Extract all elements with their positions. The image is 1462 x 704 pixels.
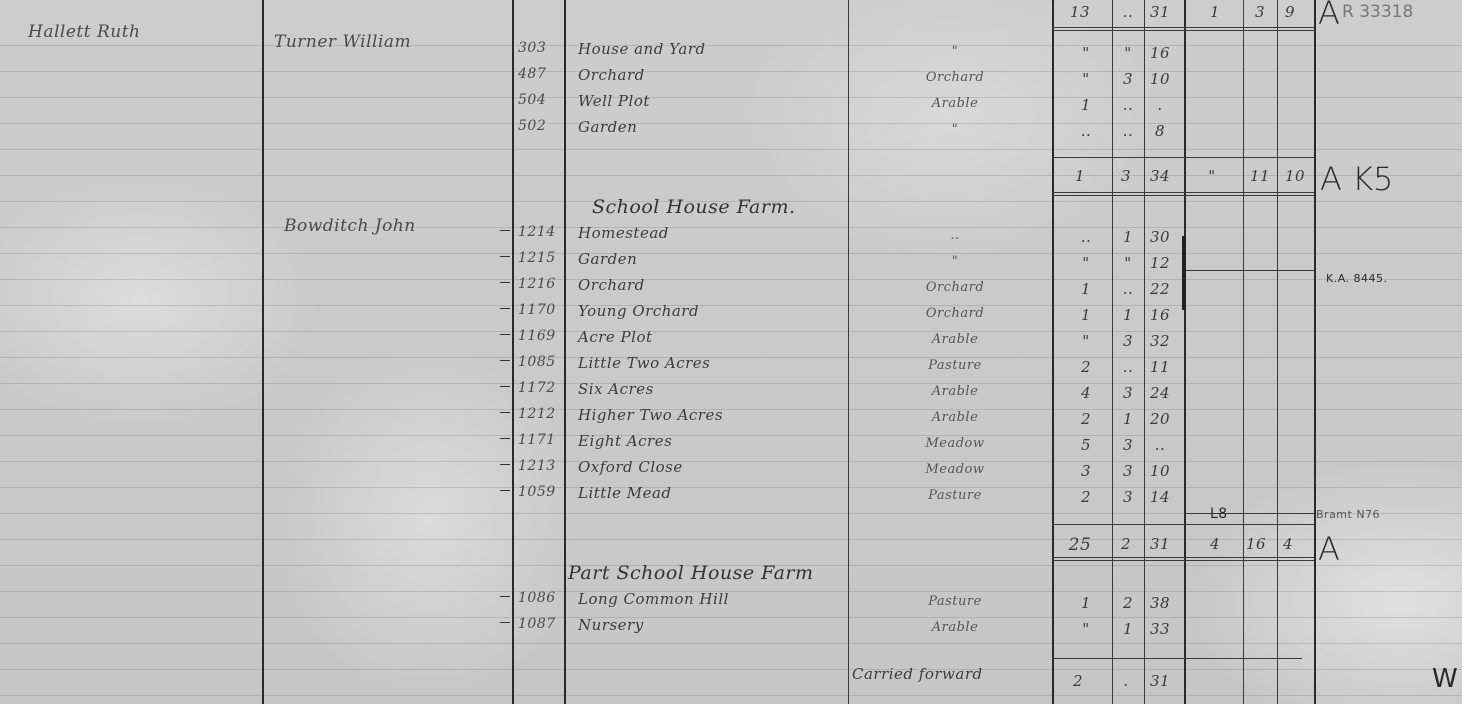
pencil-note-bowditch: A	[1318, 530, 1340, 568]
state-of-cultivation: Orchard	[900, 70, 1010, 85]
parcel-number: 1085	[518, 354, 556, 370]
top-carry-pence: 9	[1270, 3, 1310, 21]
carried-forward-label: Carried forward	[852, 665, 983, 683]
quantity-acres: ..	[1066, 228, 1106, 246]
top-carry-perches: 31	[1140, 3, 1180, 21]
parcel-number: 1087	[518, 616, 556, 632]
subtotal-rule-bowditch	[1052, 524, 1314, 525]
landowner-name: Hallett Ruth	[28, 22, 141, 42]
parcel-description: Higher Two Acres	[578, 406, 723, 424]
quantity-perches: 24	[1140, 384, 1180, 402]
parcel-number: 1170	[518, 302, 556, 318]
column-divider-right-margin	[1314, 0, 1316, 704]
quantity-acres: "	[1066, 620, 1106, 638]
state-of-cultivation: Arable	[900, 410, 1010, 425]
state-of-cultivation: Pasture	[900, 488, 1010, 503]
parcel-number: 502	[518, 118, 546, 134]
state-of-cultivation: "	[900, 122, 1010, 137]
parcel-description: Orchard	[578, 276, 645, 294]
parcel-number: 1171	[518, 432, 556, 448]
parcel-description: Long Common Hill	[578, 590, 729, 608]
total-rule-bowditch	[1052, 557, 1314, 561]
parcel-number: 1086	[518, 590, 556, 606]
quantity-perches: 11	[1140, 358, 1180, 376]
apportion-sum: L8	[1210, 506, 1228, 522]
quantity-perches: 16	[1140, 44, 1180, 62]
checkmark-tick	[500, 412, 510, 413]
occupier-name-bowditch: Bowditch John	[284, 216, 416, 236]
column-divider-quantity-rent	[1184, 0, 1186, 704]
top-carry-pounds: 1	[1195, 3, 1235, 21]
quantity-acres: 4	[1066, 384, 1106, 402]
total-rule-turner	[1052, 192, 1314, 196]
parcel-number: 303	[518, 40, 546, 56]
parcel-number: 1216	[518, 276, 556, 292]
parcel-number: 1059	[518, 484, 556, 500]
checkmark-tick	[500, 622, 510, 623]
total-rule-top	[1052, 27, 1314, 31]
turner-rent-pence: 10	[1275, 167, 1315, 185]
farm-heading-part-school-house: Part School House Farm	[568, 562, 814, 584]
quantity-perches: 33	[1140, 620, 1180, 638]
pencil-ref-top: R 33318	[1342, 2, 1413, 22]
state-of-cultivation: ..	[900, 228, 1010, 243]
parcel-number: 1215	[518, 250, 556, 266]
carried-forward-perches: 31	[1140, 672, 1180, 690]
turner-subtotal-perches: 34	[1140, 167, 1180, 185]
state-of-cultivation: Meadow	[900, 462, 1010, 477]
quantity-acres: 1	[1066, 96, 1106, 114]
quantity-perches: .	[1140, 96, 1180, 114]
quantity-acres: "	[1066, 44, 1106, 62]
state-of-cultivation: Meadow	[900, 436, 1010, 451]
quantity-acres: "	[1066, 70, 1106, 88]
checkmark-tick	[500, 490, 510, 491]
quantity-acres: 1	[1066, 594, 1106, 612]
parcel-description: Eight Acres	[578, 432, 672, 450]
state-of-cultivation: "	[900, 44, 1010, 59]
quantity-acres: 5	[1066, 436, 1106, 454]
bowditch-rent-pounds: 4	[1195, 535, 1235, 553]
bowditch-rent-pence: 4	[1268, 535, 1308, 553]
quantity-acres: 2	[1066, 358, 1106, 376]
parcel-number: 1172	[518, 380, 556, 396]
parcel-description: Well Plot	[578, 92, 650, 110]
apportion-ref: Bramt N76	[1316, 508, 1380, 521]
column-divider-occupier-number	[512, 0, 514, 704]
state-of-cultivation: Pasture	[900, 358, 1010, 373]
quantity-acres: 3	[1066, 462, 1106, 480]
column-divider-owner-occupier	[262, 0, 264, 704]
bowditch-subtotal-acres: 25	[1060, 535, 1100, 555]
checkmark-tick	[500, 334, 510, 335]
state-of-cultivation: Arable	[900, 332, 1010, 347]
quantity-perches: 10	[1140, 462, 1180, 480]
column-divider-description-cultivation	[848, 0, 849, 704]
quantity-perches: 16	[1140, 306, 1180, 324]
state-of-cultivation: Arable	[900, 384, 1010, 399]
apportion-rule	[1184, 513, 1314, 514]
parcel-description: Oxford Close	[578, 458, 683, 476]
column-divider-number-description	[564, 0, 566, 704]
farm-heading-school-house: School House Farm.	[592, 196, 796, 218]
quantity-acres: 1	[1066, 306, 1106, 324]
bowditch-subtotal-perches: 31	[1140, 535, 1180, 553]
bracket-mark	[1182, 236, 1186, 310]
parcel-description: House and Yard	[578, 40, 706, 58]
state-of-cultivation: Arable	[900, 620, 1010, 635]
margin-fragment: W	[1432, 664, 1458, 694]
parcel-description: Garden	[578, 118, 637, 136]
checkmark-tick	[500, 282, 510, 283]
top-carry-acres: 13	[1060, 3, 1100, 21]
quantity-acres: "	[1066, 254, 1106, 272]
turner-rent-pounds: "	[1192, 167, 1232, 185]
quantity-acres: 1	[1066, 280, 1106, 298]
state-of-cultivation: "	[900, 254, 1010, 269]
parcel-number: 1213	[518, 458, 556, 474]
quantity-acres: ..	[1066, 122, 1106, 140]
parcel-number: 1214	[518, 224, 556, 240]
parcel-description: Young Orchard	[578, 302, 699, 320]
parcel-description: Little Mead	[578, 484, 672, 502]
parcel-number: 1169	[518, 328, 556, 344]
state-of-cultivation: Pasture	[900, 594, 1010, 609]
parcel-description: Little Two Acres	[578, 354, 710, 372]
checkmark-tick	[500, 464, 510, 465]
parcel-description: Garden	[578, 250, 637, 268]
quantity-perches: 12	[1140, 254, 1180, 272]
carried-forward-rule	[1052, 658, 1302, 659]
checkmark-tick	[500, 596, 510, 597]
checkmark-tick	[500, 230, 510, 231]
quantity-acres: "	[1066, 332, 1106, 350]
bracket-note: K.A. 8445.	[1326, 272, 1388, 285]
checkmark-tick	[500, 360, 510, 361]
quantity-perches: 38	[1140, 594, 1180, 612]
pencil-note-turner: A K5	[1320, 160, 1393, 198]
occupier-name-turner: Turner William	[274, 32, 411, 52]
quantity-acres: 2	[1066, 488, 1106, 506]
quantity-acres: 2	[1066, 410, 1106, 428]
ledger-page: 13 .. 31 1 3 9 A R 33318 Hallett Ruth Tu…	[0, 0, 1462, 704]
pencil-mark-top: A	[1318, 0, 1340, 32]
bracket-leader-line	[1186, 270, 1316, 271]
checkmark-tick	[500, 308, 510, 309]
state-of-cultivation: Arable	[900, 96, 1010, 111]
column-divider-cultivation-acres	[1052, 0, 1054, 704]
quantity-perches: ..	[1140, 436, 1180, 454]
checkmark-tick	[500, 386, 510, 387]
parcel-description: Orchard	[578, 66, 645, 84]
parcel-description: Acre Plot	[578, 328, 653, 346]
parcel-number: 1212	[518, 406, 556, 422]
quantity-perches: 30	[1140, 228, 1180, 246]
turner-rent-shillings: 11	[1240, 167, 1280, 185]
quantity-perches: 14	[1140, 488, 1180, 506]
checkmark-tick	[500, 256, 510, 257]
parcel-description: Homestead	[578, 224, 669, 242]
quantity-perches: 22	[1140, 280, 1180, 298]
carried-forward-acres: 2	[1058, 672, 1098, 690]
quantity-perches: 10	[1140, 70, 1180, 88]
parcel-number: 504	[518, 92, 546, 108]
column-divider-pounds-shillings	[1243, 0, 1244, 704]
column-divider-shillings-pence	[1277, 0, 1278, 704]
state-of-cultivation: Orchard	[900, 306, 1010, 321]
subtotal-rule-turner	[1052, 157, 1314, 158]
quantity-perches: 20	[1140, 410, 1180, 428]
parcel-description: Nursery	[578, 616, 644, 634]
turner-subtotal-acres: 1	[1060, 167, 1100, 185]
quantity-perches: 32	[1140, 332, 1180, 350]
checkmark-tick	[500, 438, 510, 439]
parcel-description: Six Acres	[578, 380, 654, 398]
quantity-perches: 8	[1140, 122, 1180, 140]
state-of-cultivation: Orchard	[900, 280, 1010, 295]
parcel-number: 487	[518, 66, 546, 82]
